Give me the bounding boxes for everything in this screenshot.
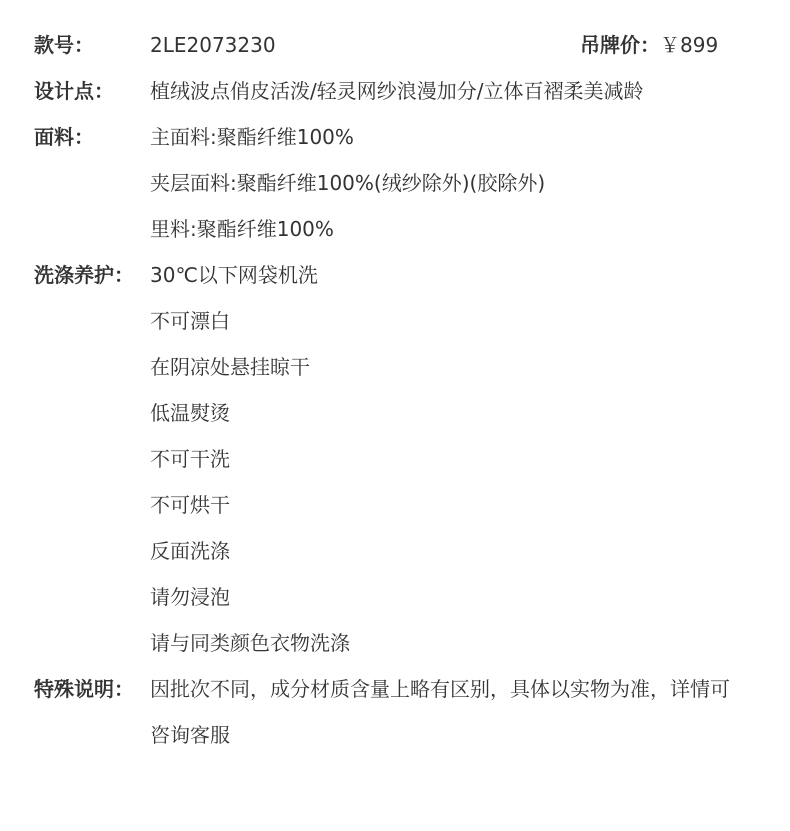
care-item: 反面洗涤 <box>150 528 754 574</box>
care-item: 不可漂白 <box>150 298 754 344</box>
care-item: 请与同类颜色衣物洗涤 <box>150 620 754 666</box>
tag-price-label: 吊牌价： <box>580 33 660 57</box>
care-item: 不可烘干 <box>150 482 754 528</box>
tag-price: 吊牌价：￥899 <box>580 22 718 68</box>
care-item: 请勿浸泡 <box>150 574 754 620</box>
fabric-label: 面料： <box>34 114 150 160</box>
fabric-item: 里料:聚酯纤维100% <box>150 206 754 252</box>
product-info-sheet: 款号： 2LE2073230 吊牌价：￥899 设计点： 植绒波点俏皮活泼/轻灵… <box>34 22 754 758</box>
care-label: 洗涤养护： <box>34 252 150 298</box>
care-item: 在阴凉处悬挂晾干 <box>150 344 754 390</box>
care-row: 洗涤养护： 30℃以下网袋机洗 不可漂白 在阴凉处悬挂晾干 低温熨烫 不可干洗 … <box>34 252 754 666</box>
care-item: 30℃以下网袋机洗 <box>150 252 754 298</box>
note-row: 特殊说明： 因批次不同，成分材质含量上略有区别，具体以实物为准，详情可咨询客服 <box>34 666 754 758</box>
fabric-item: 主面料:聚酯纤维100% <box>150 114 754 160</box>
tag-price-value: ￥899 <box>660 33 718 57</box>
style-number-row: 款号： 2LE2073230 吊牌价：￥899 <box>34 22 754 68</box>
style-number-label: 款号： <box>34 22 150 68</box>
note-value: 因批次不同，成分材质含量上略有区别，具体以实物为准，详情可咨询客服 <box>150 666 740 758</box>
design-label: 设计点： <box>34 68 150 114</box>
design-row: 设计点： 植绒波点俏皮活泼/轻灵网纱浪漫加分/立体百褶柔美减龄 <box>34 68 754 114</box>
care-item: 低温熨烫 <box>150 390 754 436</box>
fabric-item: 夹层面料:聚酯纤维100%(绒纱除外)(胶除外) <box>150 160 754 206</box>
design-value: 植绒波点俏皮活泼/轻灵网纱浪漫加分/立体百褶柔美减龄 <box>150 68 740 114</box>
note-label: 特殊说明： <box>34 666 150 712</box>
fabric-row: 面料： 主面料:聚酯纤维100% 夹层面料:聚酯纤维100%(绒纱除外)(胶除外… <box>34 114 754 252</box>
care-item: 不可干洗 <box>150 436 754 482</box>
